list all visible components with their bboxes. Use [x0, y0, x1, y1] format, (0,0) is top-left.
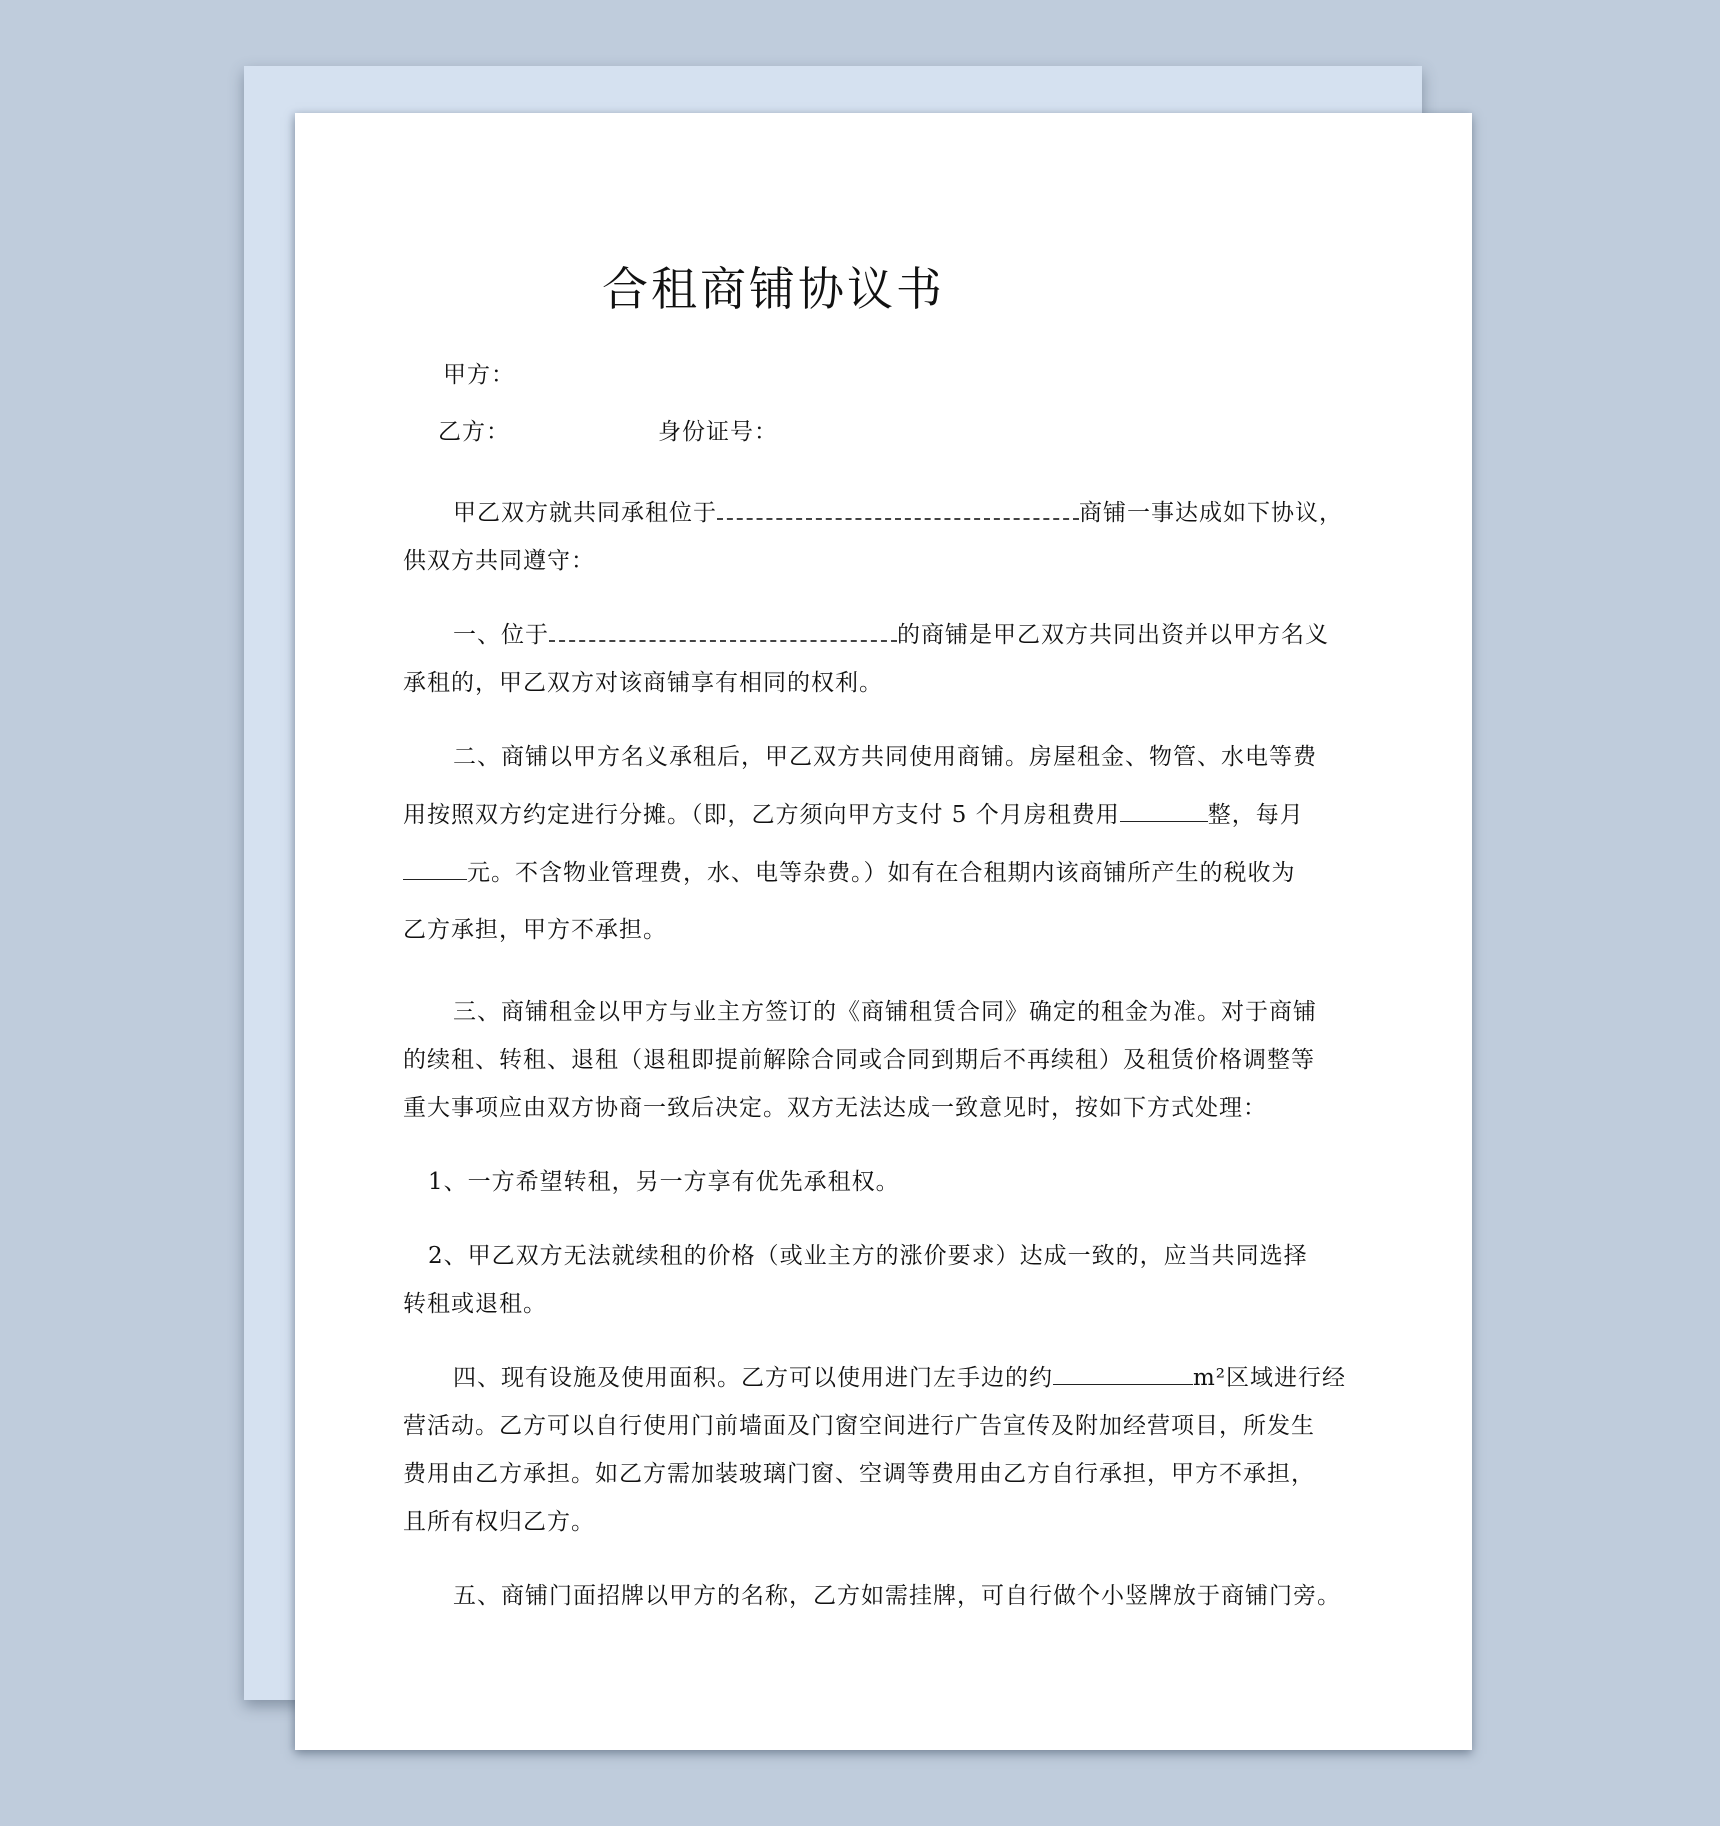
- clause-3-line-1: 三、商铺租金以甲方与业主方签订的《商铺租赁合同》确定的租金为准。对于商铺: [453, 993, 1317, 1026]
- clause-2-line-2: 用按照双方约定进行分摊。（即，乙方须向甲方支付 5 个月房租费用整，每月: [403, 796, 1304, 829]
- document-page: 合租商铺协议书 甲方： 乙方： 身份证号： 甲乙双方就共同承租位于商铺一事达成如…: [295, 113, 1472, 1750]
- intro-text-post: 商铺一事达成如下协议，: [1079, 500, 1343, 526]
- monthly-rent-blank[interactable]: [403, 855, 467, 880]
- clause-3-sub-2-line-2: 转租或退租。: [403, 1285, 547, 1318]
- clause-1-text-pre: 一、位于: [453, 622, 549, 648]
- area-blank[interactable]: [1053, 1360, 1193, 1385]
- total-rent-blank[interactable]: [1120, 797, 1208, 822]
- party-a-label: 甲方：: [443, 356, 515, 389]
- clause-4-line-3: 费用由乙方承担。如乙方需加装玻璃门窗、空调等费用由乙方自行承担，甲方不承担，: [403, 1455, 1315, 1488]
- shop-location-blank[interactable]: [549, 616, 897, 642]
- intro-line-1: 甲乙双方就共同承租位于商铺一事达成如下协议，: [453, 494, 1343, 527]
- clause-4-line-4: 且所有权归乙方。: [403, 1503, 595, 1536]
- clause-2-line-3-text: 元。不含物业管理费，水、电等杂费。）如有在合租期内该商铺所产生的税收为: [467, 860, 1296, 886]
- document-title: 合租商铺协议书: [185, 253, 1362, 319]
- clause-4-line-2: 营活动。乙方可以自行使用门前墙面及门窗空间进行广告宣传及附加经营项目，所发生: [403, 1407, 1315, 1440]
- clause-1-text-post: 的商铺是甲乙双方共同出资并以甲方名义: [897, 622, 1329, 648]
- clause-2-text-pre: 用按照双方约定进行分摊。（即，乙方须向甲方支付 5 个月房租费用: [403, 802, 1120, 828]
- intro-text-pre: 甲乙双方就共同承租位于: [453, 500, 717, 526]
- intro-line-2: 供双方共同遵守：: [403, 542, 595, 575]
- clause-2-line-3: 元。不含物业管理费，水、电等杂费。）如有在合租期内该商铺所产生的税收为: [403, 854, 1296, 887]
- clause-4-line-1: 四、现有设施及使用面积。乙方可以使用进门左手边的约m²区域进行经: [453, 1359, 1346, 1392]
- party-b-label: 乙方：: [438, 413, 510, 446]
- clause-3-sub-1: 1、一方希望转租，另一方享有优先承租权。: [428, 1163, 900, 1196]
- clause-5-line-1: 五、商铺门面招牌以甲方的名称，乙方如需挂牌，可自行做个小竖牌放于商铺门旁。: [453, 1577, 1341, 1610]
- clause-1-line-1: 一、位于的商铺是甲乙双方共同出资并以甲方名义: [453, 616, 1329, 649]
- location-blank[interactable]: [717, 494, 1079, 520]
- clause-2-line-4: 乙方承担，甲方不承担。: [403, 911, 667, 944]
- id-number-label: 身份证号：: [658, 413, 778, 446]
- clause-4-text-pre: 四、现有设施及使用面积。乙方可以使用进门左手边的约: [453, 1365, 1053, 1391]
- clause-3-line-2: 的续租、转租、退租（退租即提前解除合同或合同到期后不再续租）及租赁价格调整等: [403, 1041, 1315, 1074]
- clause-4-text-post: m²区域进行经: [1193, 1365, 1346, 1391]
- clause-3-sub-2-line-1: 2、甲乙双方无法就续租的价格（或业主方的涨价要求）达成一致的，应当共同选择: [428, 1237, 1308, 1270]
- clause-1-line-2: 承租的，甲乙双方对该商铺享有相同的权利。: [403, 664, 883, 697]
- clause-2-line-1: 二、商铺以甲方名义承租后，甲乙双方共同使用商铺。房屋租金、物管、水电等费: [453, 738, 1317, 771]
- clause-3-line-3: 重大事项应由双方协商一致后决定。双方无法达成一致意见时，按如下方式处理：: [403, 1089, 1267, 1122]
- clause-2-text-post: 整，每月: [1208, 802, 1304, 828]
